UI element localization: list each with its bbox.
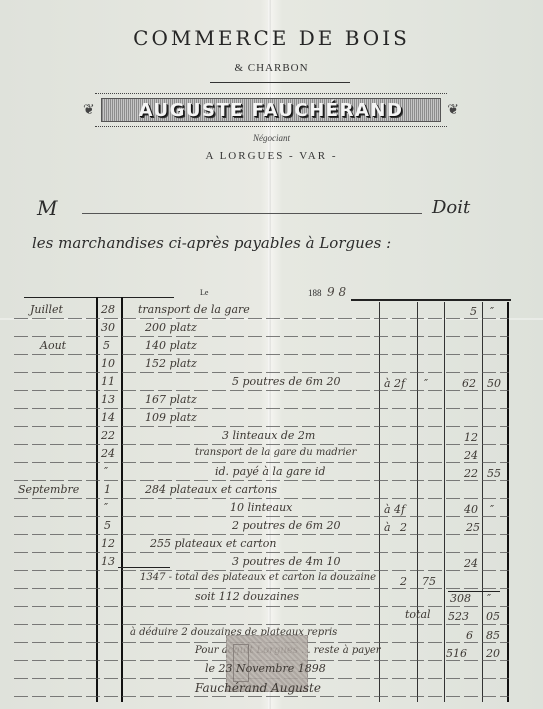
cell-month: Septembre [18, 483, 79, 496]
cell-centimes: ″ [490, 305, 494, 318]
total-francs: 523 [448, 610, 469, 623]
goods-statement: les marchandises ci-après payables à Lor… [32, 234, 391, 252]
row-rule [14, 606, 509, 607]
cell-description: 1347 - total des plateaux et carton la d… [140, 572, 376, 583]
cell-unit: 2 [400, 521, 407, 534]
row-rule [14, 552, 509, 553]
merchant-name: AUGUSTE FAUCHÉRAND [102, 100, 440, 121]
cell-description: id. payé à la gare id [215, 465, 325, 478]
cell-day: ″ [104, 501, 108, 514]
cell-francs: 24 [464, 557, 478, 570]
cell-day: 5 [104, 519, 111, 532]
cell-day: 22 [101, 429, 115, 442]
cell-day: 14 [101, 411, 115, 424]
balance-francs: 516 [446, 647, 467, 660]
cell-qty: à 2f [384, 377, 405, 390]
row-rule [14, 570, 509, 571]
cell-day: ″ [104, 465, 108, 478]
cell-day: 12 [101, 537, 115, 550]
signature: Fauchérand Auguste [195, 681, 321, 695]
cell-description: 255 plateaux et carton [150, 537, 276, 550]
owes-label: Doit [432, 197, 470, 218]
cell-day: 1 [104, 483, 111, 496]
row-rule [14, 390, 509, 391]
ornament-right-icon: ❦ [447, 102, 459, 118]
year-printed: 188 [308, 288, 322, 298]
merchant-banner: ❦ AUGUSTE FAUCHÉRAND ❦ [95, 93, 447, 127]
cell-day: 28 [101, 303, 115, 316]
row-rule [14, 498, 509, 499]
cell-francs: 25 [466, 521, 480, 534]
banner-background: AUGUSTE FAUCHÉRAND [101, 98, 441, 122]
location: A LORGUES - VAR - [0, 150, 543, 162]
recipient-line [82, 213, 422, 214]
deduction-francs: 6 [466, 629, 473, 642]
cell-francs: 62 [462, 377, 476, 390]
row-rule [14, 534, 509, 535]
cell-centimes: ″ [487, 592, 491, 605]
sum-underline [118, 567, 170, 568]
row-rule [14, 588, 509, 589]
cell-description: transport de la gare [138, 303, 250, 316]
letterhead-title: COMMERCE DE BOIS [0, 26, 543, 50]
cell-francs: 22 [464, 467, 478, 480]
cell-day: 30 [101, 321, 115, 334]
row-rule [14, 516, 509, 517]
cell-francs: 40 [464, 503, 478, 516]
row-rule [14, 354, 509, 355]
date-prefix: Le [200, 288, 208, 297]
cell-day: 11 [101, 375, 115, 388]
cell-month: Juillet [30, 303, 63, 316]
row-rule [14, 444, 509, 445]
cell-description: 109 platz [145, 411, 197, 424]
recipient-prefix: M [37, 196, 57, 220]
cell-unit: 75 [422, 575, 436, 588]
receipt-date: le 23 Novembre 1898 [205, 662, 326, 675]
total-label: total [405, 608, 431, 621]
cell-description: 284 plateaux et cartons [145, 483, 277, 496]
ledger-top-rule-left [24, 297, 174, 298]
cell-unit: ″ [424, 377, 428, 390]
cell-centimes: 55 [487, 467, 501, 480]
cell-day: 13 [101, 393, 115, 406]
row-rule [14, 624, 509, 625]
row-rule [14, 318, 509, 319]
cell-francs: 308 [450, 592, 471, 605]
cell-description: 140 platz [145, 339, 197, 352]
letterhead-subtitle: & CHARBON [0, 62, 543, 74]
year-handwritten: 9 8 [327, 285, 346, 299]
cell-centimes: 50 [487, 377, 501, 390]
row-rule [14, 462, 509, 463]
ornament-left-icon: ❦ [83, 102, 95, 118]
cell-francs: 24 [464, 449, 478, 462]
row-rule [14, 336, 509, 337]
row-rule [14, 426, 509, 427]
cell-description: 5 poutres de 6m 20 [232, 375, 341, 388]
row-rule [14, 696, 509, 697]
cell-description: transport de la gare du madrier [195, 447, 356, 458]
cell-description: 2 poutres de 6m 20 [232, 519, 341, 532]
row-rule [14, 372, 509, 373]
row-rule [14, 480, 509, 481]
cell-description: 152 platz [145, 357, 197, 370]
ledger-top-rule-right [351, 299, 511, 301]
cell-day: 5 [103, 339, 110, 352]
cell-day: 10 [101, 357, 115, 370]
cell-day: 13 [101, 555, 115, 568]
cell-description: 167 platz [145, 393, 197, 406]
total-centimes: 05 [486, 610, 500, 623]
divider [210, 82, 350, 83]
cell-francs: 5 [470, 305, 477, 318]
row-rule [14, 408, 509, 409]
cell-description: 10 linteaux [230, 501, 292, 514]
cell-description: 200 platz [145, 321, 197, 334]
deduction-centimes: 85 [486, 629, 500, 642]
cell-day: 24 [101, 447, 115, 460]
cell-qty: 2 [400, 575, 407, 588]
cell-month: Aout [40, 339, 66, 352]
cell-qty: à [384, 521, 391, 534]
cell-centimes: ″ [490, 503, 494, 516]
cell-description: soit 112 douzaines [195, 590, 299, 603]
cell-qty: à 4f [384, 503, 405, 516]
balance-centimes: 20 [486, 647, 500, 660]
profession: Négociant [0, 133, 543, 143]
cell-description: 3 linteaux de 2m [222, 429, 315, 442]
cell-description: 3 poutres de 4m 10 [232, 555, 341, 568]
cell-francs: 12 [464, 431, 478, 444]
